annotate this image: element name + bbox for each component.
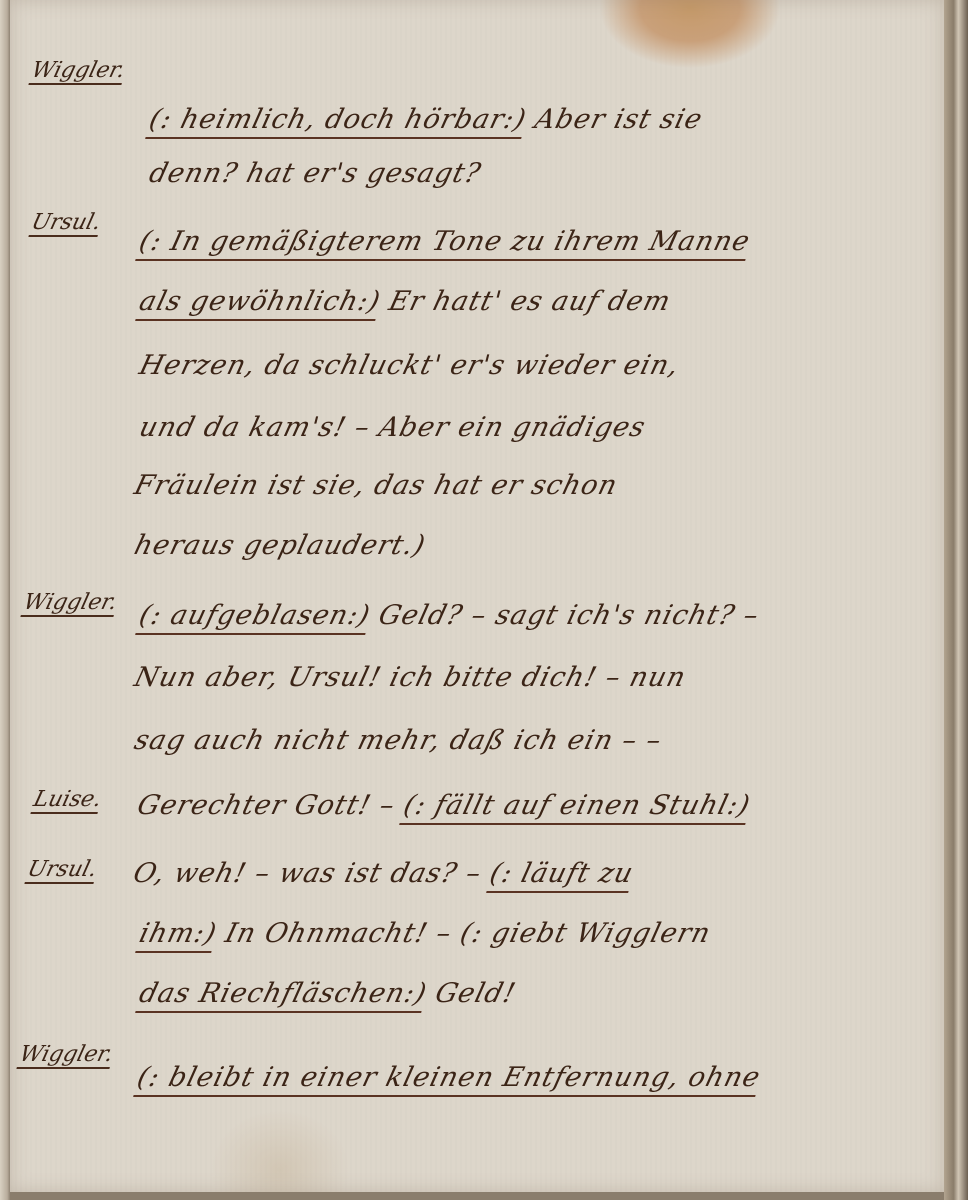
dialogue: heraus geplaudert.)	[131, 530, 429, 561]
text-line: Herzen, da schluckt' er's wieder ein,	[136, 350, 682, 381]
dialogue: Aber ist sie	[532, 104, 706, 135]
text-line: O, weh! – was ist das? – (: läuft zu	[130, 858, 637, 889]
binding-edge	[944, 0, 968, 1200]
speaker-name: Wiggler.	[20, 590, 119, 617]
stage-direction: (: bleibt in einer kleinen Entfernung, o…	[133, 1062, 764, 1097]
speaker-name: Luise.	[30, 787, 104, 814]
text-line: Nun aber, Ursul! ich bitte dich! – nun	[131, 662, 689, 693]
speaker-name: Ursul.	[24, 857, 99, 884]
stage-direction: (: aufgeblasen:)	[135, 600, 374, 635]
dialogue: In Ohnmacht! – (: giebt Wigglern	[222, 918, 714, 949]
text-line: sag auch nicht mehr, daß ich ein – –	[131, 725, 665, 756]
stage-direction: (: läuft zu	[486, 858, 637, 893]
speaker-label: Wiggler.	[21, 590, 120, 615]
dialogue: sag auch nicht mehr, daß ich ein – –	[131, 725, 665, 756]
text-line: Fräulein ist sie, das hat er schon	[131, 470, 621, 501]
text-line: (: heimlich, doch hörbar:) Aber ist sie	[146, 104, 706, 135]
text-line: das Riechfläschen:) Geld!	[136, 978, 519, 1009]
dialogue: Gerechter Gott! –	[134, 790, 398, 821]
stage-direction: ihm:)	[135, 918, 220, 953]
text-line: (: In gemäßigterem Tone zu ihrem Manne	[136, 226, 753, 257]
dialogue: Herzen, da schluckt' er's wieder ein,	[136, 350, 682, 381]
dialogue: Er hatt' es auf dem	[386, 286, 674, 317]
stage-direction: (: heimlich, doch hörbar:)	[145, 104, 530, 139]
speaker-label: Luise.	[31, 787, 104, 812]
speaker-label: Ursul.	[29, 210, 104, 235]
stage-direction: (: In gemäßigterem Tone zu ihrem Manne	[135, 226, 753, 261]
dialogue: Geld!	[432, 978, 519, 1009]
page-bottom-edge	[10, 1192, 944, 1200]
text-line: denn? hat er's gesagt?	[146, 158, 484, 189]
stage-direction: als gewöhnlich:)	[135, 286, 384, 321]
text-line: ihm:) In Ohnmacht! – (: giebt Wigglern	[136, 918, 714, 949]
dialogue: Geld? – sagt ich's nicht? –	[376, 600, 763, 631]
speaker-label: Ursul.	[25, 857, 100, 882]
speaker-name: Wiggler.	[28, 58, 127, 85]
dialogue: denn? hat er's gesagt?	[146, 158, 484, 189]
text-line: heraus geplaudert.)	[131, 530, 429, 561]
dialogue: und da kam's! –	[136, 412, 374, 443]
text-line: (: aufgeblasen:) Geld? – sagt ich's nich…	[136, 600, 762, 631]
text-line: Gerechter Gott! – (: fällt auf einen Stu…	[134, 790, 753, 821]
text-line: als gewöhnlich:) Er hatt' es auf dem	[136, 286, 674, 317]
text-line: (: bleibt in einer kleinen Entfernung, o…	[134, 1062, 764, 1093]
dialogue: Fräulein ist sie,	[131, 470, 369, 501]
text-line: und da kam's! – Aber ein gnädiges	[136, 412, 649, 443]
speaker-name: Wiggler.	[16, 1042, 115, 1069]
dialogue: O, weh! – was ist das? –	[130, 858, 485, 889]
dialogue: Aber ein gnädiges	[376, 412, 649, 443]
speaker-label: Wiggler.	[17, 1042, 116, 1067]
stage-direction: das Riechfläschen:)	[135, 978, 430, 1013]
stage-direction: (: fällt auf einen Stuhl:)	[399, 790, 753, 825]
speaker-label: Wiggler.	[29, 58, 128, 83]
dialogue: Nun aber, Ursul! ich bitte dich! – nun	[131, 662, 689, 693]
manuscript-page: Wiggler. Ursul. Wiggler. Luise. Ursul. W…	[10, 0, 947, 1195]
dialogue: das hat er schon	[371, 470, 621, 501]
speaker-name: Ursul.	[28, 210, 103, 237]
